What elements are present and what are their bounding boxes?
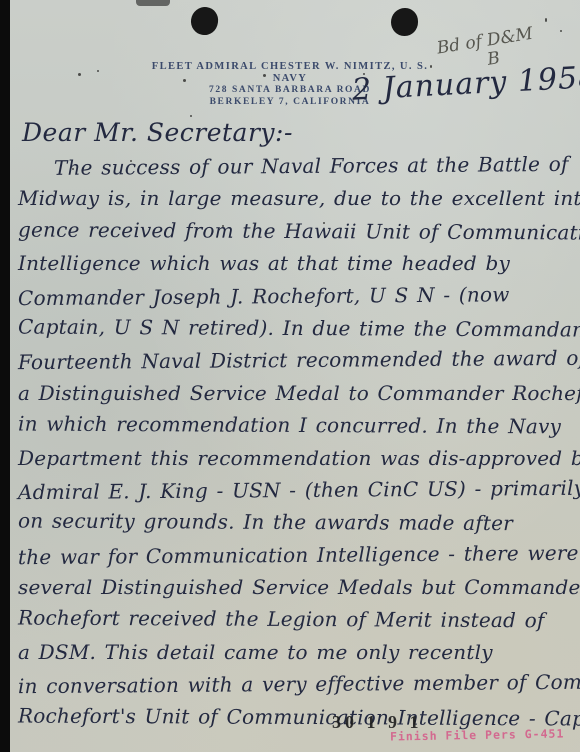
- letter-line: Captain, U S N retired). In due time the…: [18, 311, 570, 346]
- letter-line: a Distinguished Service Medal to Command…: [18, 377, 570, 409]
- punch-hole-left: [189, 5, 220, 36]
- letter-line: in conversation with a very effective me…: [18, 666, 570, 703]
- letter-line: Department this recommendation was dis-a…: [18, 442, 570, 474]
- letter-line: Intelligence which was at that time head…: [18, 247, 570, 279]
- scan-edge-smudge: [136, 0, 170, 6]
- letter-line: a DSM. This detail came to me only recen…: [18, 636, 570, 668]
- letter-body: The success of our Naval Forces at the B…: [18, 150, 570, 733]
- letter-line: Rochefort received the Legion of Merit i…: [18, 602, 570, 637]
- letter-line: gence received from the Hawaii Unit of C…: [18, 213, 570, 248]
- letter-line: The success of our Naval Forces at the B…: [18, 148, 570, 185]
- letter-line: Fourteenth Naval District recommended th…: [18, 342, 570, 379]
- letter-line: the war for Communication Intelligence -…: [18, 537, 570, 574]
- letter-line: Admiral E. J. King - USN - (then CinC US…: [18, 472, 570, 509]
- scan-edge-left: [0, 0, 10, 752]
- salutation: Dear Mr. Secretary:-: [22, 118, 293, 147]
- punch-hole-right: [391, 8, 418, 36]
- letter-line: Commander Joseph J. Rochefort, U S N - (…: [18, 277, 570, 314]
- file-stamp: Finish File Pers G-451: [390, 726, 565, 743]
- letter-line: in which recommendation I concurred. In …: [18, 408, 570, 443]
- scanned-letter-page: FLEET ADMIRAL CHESTER W. NIMITZ, U. S. N…: [0, 0, 580, 752]
- letter-line: Midway is, in large measure, due to the …: [18, 182, 570, 214]
- letter-line: on security grounds. In the awards made …: [18, 505, 570, 540]
- letter-line: several Distinguished Service Medals but…: [18, 571, 570, 603]
